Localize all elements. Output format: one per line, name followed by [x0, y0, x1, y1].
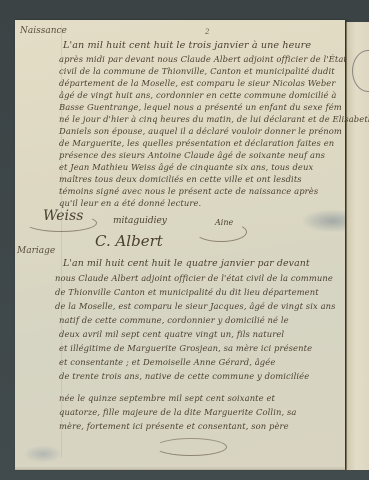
act-line: deux avril mil sept cent quatre vingt un… — [59, 328, 284, 341]
water-stain — [23, 445, 63, 463]
act-line: âgé de vingt huit ans, cordonnier en cet… — [59, 89, 336, 102]
act-line: et illégitime de Marguerite Grosjean, sa… — [59, 342, 312, 355]
signature-albert: C. Albert — [95, 232, 163, 250]
act-line: né le jour d'hier à cinq heures du matin… — [59, 113, 369, 126]
act-line: après midi par devant nous Claude Albert… — [59, 53, 347, 66]
act-line: et Jean Mathieu Weiss âgé de cinquante s… — [59, 161, 313, 174]
margin-label-marriage: Mariage — [17, 246, 55, 256]
signature-flourish — [25, 214, 97, 232]
act-line: mère, fortement ici présente et consenta… — [59, 420, 289, 433]
act-line: natif de cette commune, cordonnier y dom… — [59, 314, 289, 327]
act-line: de trente trois ans, native de cette com… — [59, 370, 309, 383]
act-line: L'an mil huit cent huit le quatre janvie… — [63, 258, 310, 271]
act-line: de Marguerite, les quelles présentation … — [59, 137, 334, 150]
act-line: et consentante ; et Demoiselle Anne Géra… — [59, 356, 275, 369]
signature-flourish — [195, 222, 247, 242]
register-page: 2 Naissance L'an mil huit cent huit le t… — [15, 20, 345, 469]
closing-flourish — [155, 438, 227, 456]
act-line: Daniels son épouse, auquel il a déclaré … — [59, 125, 342, 138]
act-line: de Thionville Canton et municipalité du … — [55, 286, 319, 299]
act-line: Basse Guentrange, lequel nous a présenté… — [59, 101, 342, 114]
signature-mitaguidiey: mitaguidiey — [113, 216, 167, 226]
page-number: 2 — [205, 28, 209, 36]
act-line: née le quinze septembre mil sept cent so… — [59, 392, 275, 405]
margin-label-birth: Naissance — [20, 26, 67, 36]
water-stain — [303, 210, 345, 232]
act-line: quatorze, fille majeure de la dite Margu… — [59, 406, 297, 419]
act-line: L'an mil huit cent huit le trois janvier… — [63, 40, 311, 53]
act-line: de la Moselle, est comparu le sieur Jacq… — [55, 300, 336, 313]
act-line: département de la Moselle, est comparu l… — [59, 77, 335, 90]
act-line: témoins signé avec nous le présent acte … — [59, 185, 318, 198]
act-line: maîtres tous deux domiciliés en cette vi… — [59, 173, 302, 186]
act-line: civil de la commune de Thionville, Canto… — [59, 65, 335, 78]
act-line: présence des sieurs Antoine Claude âgé d… — [59, 149, 325, 162]
act-line: nous Claude Albert adjoint officier de l… — [55, 272, 333, 285]
